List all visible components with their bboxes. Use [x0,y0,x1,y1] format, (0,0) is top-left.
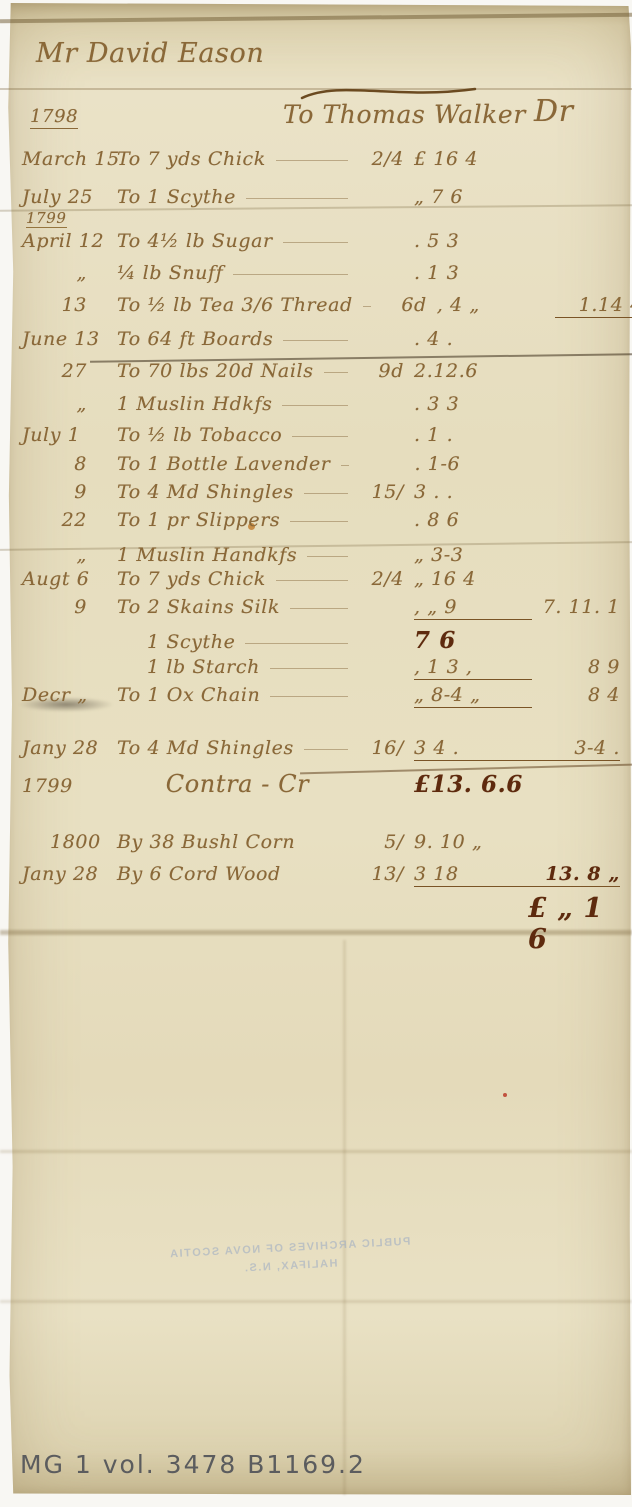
ledger-row: 27 To 70 lbs 20d Nails 9d 2.12.6 [22,360,620,382]
entry-amount: , „ 9 [414,596,532,620]
ledger-row: June 13 To 64 ft Boards . 4 . [22,328,620,350]
entry-description: 1 lb Starch [147,656,260,678]
entry-date: „ [22,544,117,566]
ledger-row: July 1 To ½ lb Tobacco . 1 . [22,424,620,446]
entry-amount: „ 8-4 „ [414,684,532,708]
entry-price: 5/ [358,831,404,853]
entry-price: 2/4 [358,568,404,590]
entry-amount: . 3 3 [414,393,532,415]
entry-price: 15/ [358,481,404,503]
ledger-row: Decr „ To 1 Ox Chain „ 8-4 „ 8 4 [22,684,620,708]
entry-amount: 2.12.6 [414,360,532,382]
entry-date: Decr „ [22,684,117,706]
entry-description: To 7 yds Chick [117,568,266,590]
ledger-row: Augt 6 To 7 yds Chick 2/4 „ 16 4 [22,568,620,590]
entry-amount: „ 16 4 [414,568,532,590]
entry-total: 1.14 4 [555,294,632,318]
margin-year: 1799 [26,209,67,228]
entry-date: June 13 [22,328,117,350]
entry-amount: „ 3-3 [414,544,532,566]
entry-amount: . 1 3 [414,262,532,284]
ledger-row: 9 To 4 Md Shingles 15/ 3 . . [22,481,620,503]
stain-spot [503,1093,507,1097]
entry-description: To 1 Ox Chain [117,684,260,706]
entry-date: July 25 [22,186,117,208]
ledger-year: 1798 [30,106,78,129]
entry-amount: . 4 . [414,328,532,350]
entry-date: 13 [22,294,117,316]
entry-description: To ½ lb Tea 3/6 Thread [117,294,353,316]
entry-amount: 3 . . [414,481,532,503]
entry-price: 6d [381,294,427,316]
entry-date: 22 [22,509,117,531]
ledger-rule-line [245,643,348,644]
entry-amount: £13. 6.6 [414,771,532,798]
entry-amount: . 8 6 [414,509,532,531]
entry-amount: . 1-6 [415,453,533,475]
entry-description: To 70 lbs 20d Nails [117,360,314,382]
ledger-row: April 12 To 4½ lb Sugar . 5 3 [22,230,620,252]
entry-amount: , 4 „ [437,294,555,316]
entry-description: To 7 yds Chick [117,148,266,170]
ledger-row: March 15 To 7 yds Chick 2/4 £ 16 4 [22,148,620,170]
ledger-row: 9 To 2 Skains Silk , „ 9 7. 11. 1 [22,596,620,620]
entry-description: ¼ lb Snuff [117,262,223,284]
entry-total: 8 9 [532,656,620,678]
ledger-rule-line [283,242,348,243]
ledger-row: Jany 28 To 4 Md Shingles 16/ 3 4 . 3-4 . [22,737,620,761]
ledger-row: 8 To 1 Bottle Lavender . 1-6 [22,453,620,475]
account-title: To Thomas Walker [283,100,526,129]
entry-description: To 1 pr Slippers [117,509,280,531]
entry-description: To 4½ lb Sugar [117,230,273,252]
entry-description: To ½ lb Tobacco [117,424,282,446]
entry-description: 1 Scythe [147,631,235,653]
entry-date: March 15 [22,148,117,170]
ledger-row: „ 1 Muslin Hdkfs . 3 3 [22,393,620,415]
ledger-row: „ ¼ lb Snuff . 1 3 [22,262,620,284]
scanned-document-page: Mr David Eason 1798 To Thomas Walker Dr … [0,0,632,1507]
entry-amount: 9. 10 „ [414,831,532,853]
entry-amount: 7 6 [414,627,532,654]
entry-amount: 3 4 . [414,737,532,761]
entry-description: To 64 ft Boards [117,328,273,350]
ledger-rule-line [292,436,348,437]
entry-description: 1 Muslin Hdkfs [117,393,272,415]
entry-amount: „ 7 6 [414,186,532,208]
entry-amount: 3 18 [414,863,532,887]
entry-price: 9d [358,360,404,382]
ledger-rule-line [270,696,348,697]
ledger-row: Jany 28 By 6 Cord Wood 13/ 3 18 13. 8 „ [22,863,620,887]
entry-price: 2/4 [358,148,404,170]
ledger-row: 22 To 1 pr Slippers . 8 6 [22,509,620,531]
entry-description: By 6 Cord Wood [117,863,281,885]
ledger-rule-line [270,668,348,669]
entry-date: Jany 28 [22,737,117,759]
ledger-row: 1800 By 38 Bushl Corn 5/ 9. 10 „ [22,831,620,853]
entry-date: 1799 [22,775,117,797]
entry-date: 27 [22,360,117,382]
archival-reference-note: MG 1 vol. 3478 B1169.2 [20,1450,366,1479]
entry-price: 16/ [358,737,404,759]
entry-date: Jany 28 [22,863,117,885]
ledger-row: 1 Scythe 7 6 [22,627,620,654]
entry-date: July 1 [22,424,117,446]
entry-date: April 12 [22,230,117,252]
ledger-row: „ 1 Muslin Handkfs „ 3-3 [22,544,620,566]
ledger-rule-line [290,521,348,522]
entry-total: 8 4 [532,684,620,706]
entry-amount: . 5 3 [414,230,532,252]
ledger-rule-line [233,274,348,275]
ledger-rule-line [282,405,348,406]
entry-total: 7. 11. 1 [532,596,620,618]
entry-date: „ [22,393,117,415]
ledger-rule-line [246,198,348,199]
entry-date: 9 [22,596,117,618]
ledger-rule-line [283,340,348,341]
entry-description: To 2 Skains Silk [117,596,280,618]
entry-price: 13/ [358,863,404,885]
entry-amount: £ 16 4 [414,148,532,170]
entry-amount: . 1 . [414,424,532,446]
ledger-row: 1 lb Starch , 1 3 , 8 9 [22,656,620,680]
ledger-rule-line [307,556,348,557]
entry-date: Augt 6 [22,568,117,590]
entry-total: 3-4 . [532,737,620,761]
contra-row: 1799 Contra - Cr £13. 6.6 [22,770,620,798]
ledger-rule-line [324,372,348,373]
ledger-rule-line [276,160,348,161]
entry-date: 1800 [22,831,117,853]
ledger-rule-line [276,580,348,581]
ledger-rule-line [304,749,348,750]
entry-description: By 38 Bushl Corn [117,831,295,853]
ledger-row: 13 To ½ lb Tea 3/6 Thread 6d , 4 „ 1.14 … [22,294,620,318]
debit-abbreviation: Dr [534,94,574,129]
entry-description: To 1 Bottle Lavender [117,453,331,475]
entry-date: 9 [22,481,117,503]
entry-description: To 4 Md Shingles [117,737,294,759]
entry-description: 1 Muslin Handkfs [117,544,297,566]
addressee-name: Mr David Eason [36,38,264,69]
entry-amount: , 1 3 , [414,656,532,680]
ledger-rule-line [304,493,348,494]
ledger-rule-line [341,465,349,466]
final-balance: £ „ 1 6 [528,893,632,955]
entry-date: „ [22,262,117,284]
contra-heading: Contra - Cr [117,770,358,798]
entry-description: To 4 Md Shingles [117,481,294,503]
entry-total: 13. 8 „ [532,863,620,887]
entry-description: To 1 Scythe [117,186,236,208]
entry-date: 8 [22,453,117,475]
ledger-rule-line [290,608,348,609]
ledger-row: July 25 To 1 Scythe „ 7 6 [22,186,620,208]
ledger-rule-line [363,306,371,307]
